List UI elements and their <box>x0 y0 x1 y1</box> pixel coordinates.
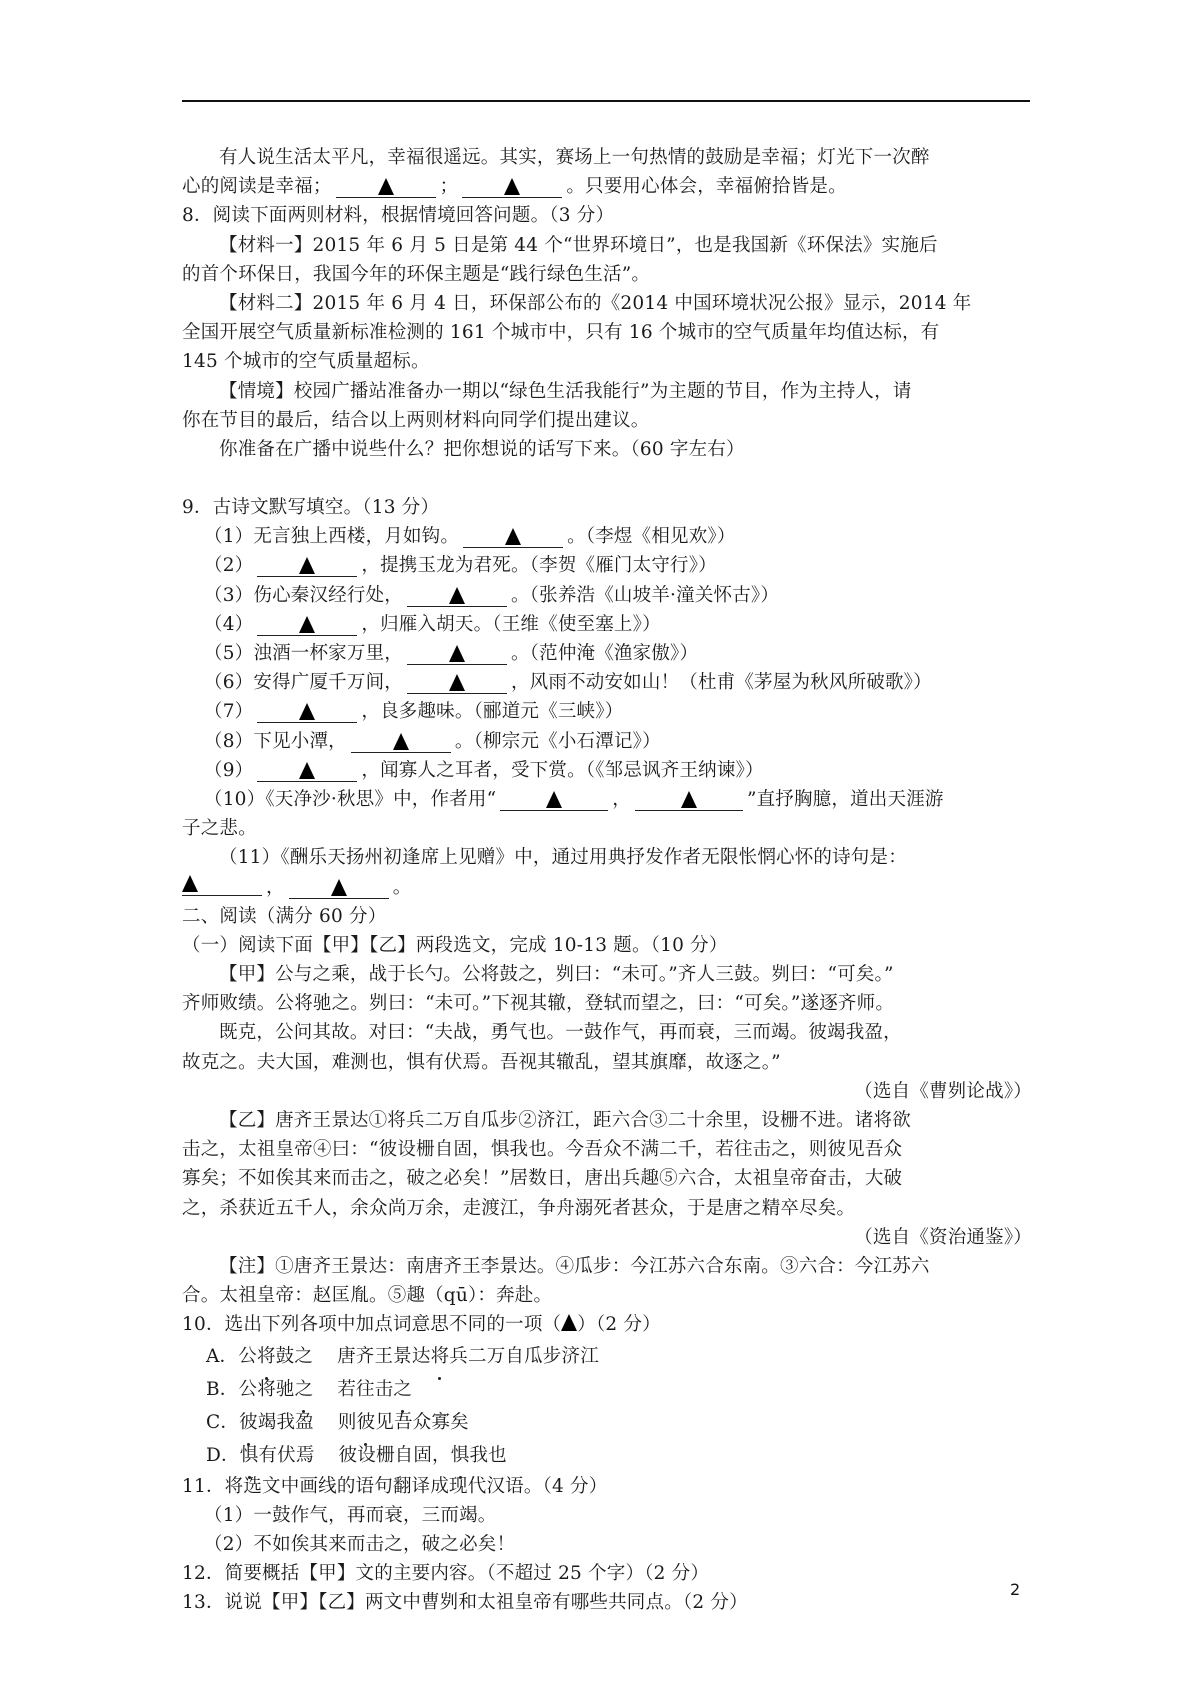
answer-blank[interactable] <box>351 730 451 753</box>
triangle-icon <box>331 879 347 896</box>
q10-option-a[interactable]: A．公将鼓之唐齐王景达将兵二万自瓜步济江 <box>182 1340 1032 1373</box>
header-rule <box>182 100 1030 102</box>
triangle-icon <box>299 762 315 779</box>
triangle-icon <box>378 178 394 195</box>
item-text: ”直抒胸臆，道出天涯游 <box>747 789 944 810</box>
exam-page-content: 有人说生活太平凡，幸福很遥远。其实，赛场上一句热情的鼓励是幸福；灯光下一次醉 心… <box>182 143 1032 1617</box>
triangle-icon <box>182 875 198 892</box>
q11-sentence-1: （1）一鼓作气，再而衰，三而竭。 <box>182 1501 1032 1530</box>
item-separator: ， <box>612 789 631 810</box>
answer-blank[interactable] <box>500 788 608 811</box>
q9-item-9: （9），闻寡人之耳者，受下赏。（《邹忌讽齐王纳谏》） <box>182 756 1032 785</box>
passage-yi-line4: 之，杀获近五千人，余众尚万余，走渡江，争舟溺死者甚众，于是唐之精卒尽矣。 <box>182 1194 1032 1223</box>
option-text: 鼓之 <box>276 1346 313 1367</box>
option-label: B． <box>206 1379 239 1400</box>
notes-line2: 合。太祖皇帝：赵匡胤。⑤趣（qū）：奔赴。 <box>182 1281 1032 1310</box>
q9-item-1: （1）无言独上西楼，月如钩。。（李煜《相见欢》） <box>182 522 1032 551</box>
q9-item-11-blanks: ，。 <box>182 873 1032 902</box>
dotted-word: 将 <box>257 1340 276 1373</box>
passage-yi-line2: 击之，太祖皇帝④曰：“彼设栅自固，惧我也。今吾众不满二千，若往击之，则彼见吾众 <box>182 1135 1032 1164</box>
option-text: 竭我盈 <box>258 1412 314 1433</box>
q8-material1-line1: 【材料一】2015 年 6 月 5 日是第 44 个“世界环境日”，也是我国新《… <box>182 231 1032 260</box>
dotted-word: 惧 <box>451 1439 470 1472</box>
option-text: 见吾众寡矣 <box>375 1412 469 1433</box>
item-number: （7） <box>204 701 253 722</box>
option-label: C． <box>206 1412 239 1433</box>
item-text: 。（柳宗元《小石潭记》） <box>455 731 661 752</box>
answer-blank[interactable] <box>182 873 262 896</box>
passage-jia-source: （选自《曹刿论战》） <box>182 1077 1032 1106</box>
item-text: 。 <box>393 877 412 898</box>
answer-blank[interactable] <box>463 525 563 548</box>
q10-option-b[interactable]: B．公将驰之若往击之 <box>182 1373 1032 1406</box>
q7-text: 。只要用心体会，幸福俯拾皆是。 <box>566 176 847 197</box>
item-number: （8） <box>204 731 253 752</box>
q7-line-2: 心的阅读是幸福；；。只要用心体会，幸福俯拾皆是。 <box>182 172 1032 201</box>
option-text: 若往击 <box>337 1379 393 1400</box>
q9-item-5: （5）浊酒一杯家万里，。（范仲淹《渔家傲》） <box>182 639 1032 668</box>
q7-separator: ； <box>440 176 459 197</box>
q11-sentence-2: （2）不如俟其来而击之，破之必矣！ <box>182 1530 1032 1559</box>
q9-item-6: （6）安得广厦千万间，，风雨不动安如山！（杜甫《茅屋为秋风所破歌》） <box>182 668 1032 697</box>
item-text: ，良多趣味。（郦道元《三峡》） <box>361 701 623 722</box>
item-text: 安得广厦千万间， <box>253 672 403 693</box>
q8-title: 8．阅读下面两则材料，根据情境回答问题。（3 分） <box>182 201 1032 230</box>
item-text: 。（李煜《相见欢》） <box>567 526 736 547</box>
passage-yi-line1: 【乙】唐齐王景达①将兵二万自瓜步②济江，距六合③二十余里，设栅不进。诸将欲 <box>182 1106 1032 1135</box>
answer-blank[interactable] <box>289 876 389 899</box>
q8-context-line1: 【情境】校园广播站准备办一期以“绿色生活我能行”为主题的节目，作为主持人，请 <box>182 377 1032 406</box>
q8-material1-line2: 的首个环保日，我国今年的环保主题是“践行绿色生活”。 <box>182 260 1032 289</box>
answer-blank[interactable] <box>257 759 357 782</box>
option-text: 则 <box>338 1412 357 1433</box>
q10-text: ）（2 分） <box>577 1314 661 1335</box>
item-number: （4） <box>204 614 253 635</box>
triangle-icon <box>449 645 465 662</box>
triangle-icon <box>546 791 562 808</box>
item-text: （10）《天净沙·秋思》中，作者用“ <box>204 789 496 810</box>
dotted-word: 之 <box>393 1373 412 1406</box>
q9-item-10: （10）《天净沙·秋思》中，作者用“，”直抒胸臆，道出天涯游 <box>182 785 1032 814</box>
item-number: （9） <box>204 760 253 781</box>
passage-yi-line3: 寡矣；不如俟其来而击之，破之必矣！”居数日，唐出兵趣⑤六合，太祖皇帝奋击，大破 <box>182 1164 1032 1193</box>
answer-blank[interactable] <box>257 554 357 577</box>
triangle-icon <box>299 557 315 574</box>
passage-jia-line2: 齐师败绩。公将驰之。刿曰：“未可。”下视其辙，登轼而望之，曰：“可矣。”遂逐齐师… <box>182 989 1032 1018</box>
q8-material2-line3: 145 个城市的空气质量超标。 <box>182 347 1032 376</box>
q7-text: 心的阅读是幸福； <box>182 176 332 197</box>
q9-item-8: （8）下见小潭，。（柳宗元《小石潭记》） <box>182 727 1032 756</box>
option-label: A． <box>206 1346 238 1367</box>
item-text: ，风雨不动安如山！（杜甫《茅屋为秋风所破歌》） <box>511 672 932 693</box>
item-number: （5） <box>204 643 253 664</box>
item-text: ，归雁入胡天。（王维《使至塞上》） <box>361 614 660 635</box>
q13-title: 13．说说【甲】【乙】两文中曹刿和太祖皇帝有哪些共同点。（2 分） <box>182 1588 1032 1617</box>
page-number: 2 <box>1010 1580 1020 1599</box>
q8-material2-line2: 全国开展空气质量新标准检测的 161 个城市中，只有 16 个城市的空气质量年均… <box>182 318 1032 347</box>
option-text: 唐齐王景达 <box>337 1346 431 1367</box>
answer-blank[interactable] <box>635 788 743 811</box>
section2-title: 二、阅读（满分 60 分） <box>182 902 1032 931</box>
passage-yi-source: （选自《资治通鉴》） <box>182 1223 1032 1252</box>
q9-item-2: （2），提携玉龙为君死。（李贺《雁门太守行》） <box>182 551 1032 580</box>
item-number: （6） <box>204 672 253 693</box>
triangle-icon <box>504 178 520 195</box>
part1-title: （一）阅读下面【甲】【乙】两段选文，完成 10-13 题。（10 分） <box>182 931 1032 960</box>
option-text: 有伏焉 <box>258 1445 314 1466</box>
item-text: 。（范仲淹《渔家傲》） <box>511 643 698 664</box>
passage-jia-line1: 【甲】公与之乘，战于长勺。公将鼓之，刿曰：“未可。”齐人三鼓。刿曰：“可矣。” <box>182 960 1032 989</box>
item-text: ，提携玉龙为君死。（李贺《雁门太守行》） <box>361 555 717 576</box>
option-text: 彼设栅自固， <box>339 1445 451 1466</box>
answer-blank[interactable] <box>407 642 507 665</box>
item-separator: ， <box>266 877 285 898</box>
answer-blank[interactable] <box>407 671 507 694</box>
triangle-icon <box>393 733 409 750</box>
option-label: D． <box>206 1445 240 1466</box>
answer-blank[interactable] <box>336 175 436 198</box>
triangle-icon <box>449 587 465 604</box>
item-number: （1） <box>204 526 253 547</box>
dotted-word: 彼 <box>357 1406 376 1439</box>
dotted-word: 彼 <box>239 1406 258 1439</box>
q8-context-line2: 你在节目的最后，结合以上两则材料向同学们提出建议。 <box>182 406 1032 435</box>
passage-jia-line3: 既克，公问其故。对曰：“夫战，勇气也。一鼓作气，再而衰，三而竭。彼竭我盈， <box>182 1018 1032 1047</box>
option-text: 公将驰 <box>239 1379 295 1400</box>
dotted-word: 将 <box>431 1340 450 1373</box>
item-text: 。（张养浩《山坡羊·潼关怀古》） <box>511 585 779 606</box>
answer-blank[interactable] <box>257 700 357 723</box>
item-text: 伤心秦汉经行处， <box>253 585 403 606</box>
dotted-word: 惧 <box>240 1439 259 1472</box>
q9-title: 9．古诗文默写填空。（13 分） <box>182 493 1032 522</box>
notes-line1: 【注】①唐齐王景达：南唐齐王李景达。④瓜步：今江苏六合东南。③六合：今江苏六 <box>182 1252 1032 1281</box>
q10-option-c[interactable]: C．彼竭我盈则彼见吾众寡矣 <box>182 1406 1032 1439</box>
option-text: 我也 <box>469 1445 506 1466</box>
item-number: （2） <box>204 555 253 576</box>
triangle-icon <box>561 1314 577 1331</box>
triangle-icon <box>505 528 521 545</box>
triangle-icon <box>299 703 315 720</box>
answer-blank[interactable] <box>462 175 562 198</box>
answer-space[interactable] <box>182 464 1032 493</box>
q8-material2-line1: 【材料二】2015 年 6 月 4 日，环保部公布的《2014 中国环境状况公报… <box>182 289 1032 318</box>
triangle-icon <box>449 674 465 691</box>
q9-item-10-cont: 子之悲。 <box>182 814 1032 843</box>
option-text: 兵二万自瓜步济江 <box>449 1346 599 1367</box>
item-text: 浊酒一杯家万里， <box>253 643 403 664</box>
item-text: 下见小潭， <box>253 731 347 752</box>
q8-prompt: 你准备在广播中说些什么？把你想说的话写下来。（60 字左右） <box>182 435 1032 464</box>
q9-item-4: （4），归雁入胡天。（王维《使至塞上》） <box>182 610 1032 639</box>
answer-blank[interactable] <box>407 584 507 607</box>
q10-option-d[interactable]: D．惧有伏焉彼设栅自固，惧我也 <box>182 1439 1032 1472</box>
q7-line-1: 有人说生活太平凡，幸福很遥远。其实，赛场上一句热情的鼓励是幸福；灯光下一次醉 <box>182 143 1032 172</box>
triangle-icon <box>681 791 697 808</box>
item-number: （3） <box>204 585 253 606</box>
dotted-word: 之 <box>295 1373 314 1406</box>
answer-blank[interactable] <box>257 613 357 636</box>
q10-title: 10．选出下列各项中加点词意思不同的一项（）（2 分） <box>182 1310 1032 1339</box>
item-text: 无言独上西楼，月如钩。 <box>253 526 459 547</box>
q9-item-3: （3）伤心秦汉经行处，。（张养浩《山坡羊·潼关怀古》） <box>182 581 1032 610</box>
q10-text: 10．选出下列各项中加点词意思不同的一项（ <box>182 1314 561 1335</box>
passage-jia-line4: 故克之。夫大国，难测也，惧有伏焉。吾视其辙乱，望其旗靡，故逐之。” <box>182 1048 1032 1077</box>
q9-item-11: （11）《酬乐天扬州初逢席上见赠》中，通过用典抒发作者无限怅惘心怀的诗句是： <box>182 843 1032 872</box>
option-text: 公 <box>238 1346 257 1367</box>
triangle-icon <box>299 616 315 633</box>
q12-title: 12．简要概括【甲】文的主要内容。（不超过 25 个字）（2 分） <box>182 1559 1032 1588</box>
q11-title: 11．将选文中画线的语句翻译成现代汉语。（4 分） <box>182 1472 1032 1501</box>
q9-item-7: （7），良多趣味。（郦道元《三峡》） <box>182 697 1032 726</box>
item-text: ，闻寡人之耳者，受下赏。（《邹忌讽齐王纳谏》） <box>361 760 763 781</box>
